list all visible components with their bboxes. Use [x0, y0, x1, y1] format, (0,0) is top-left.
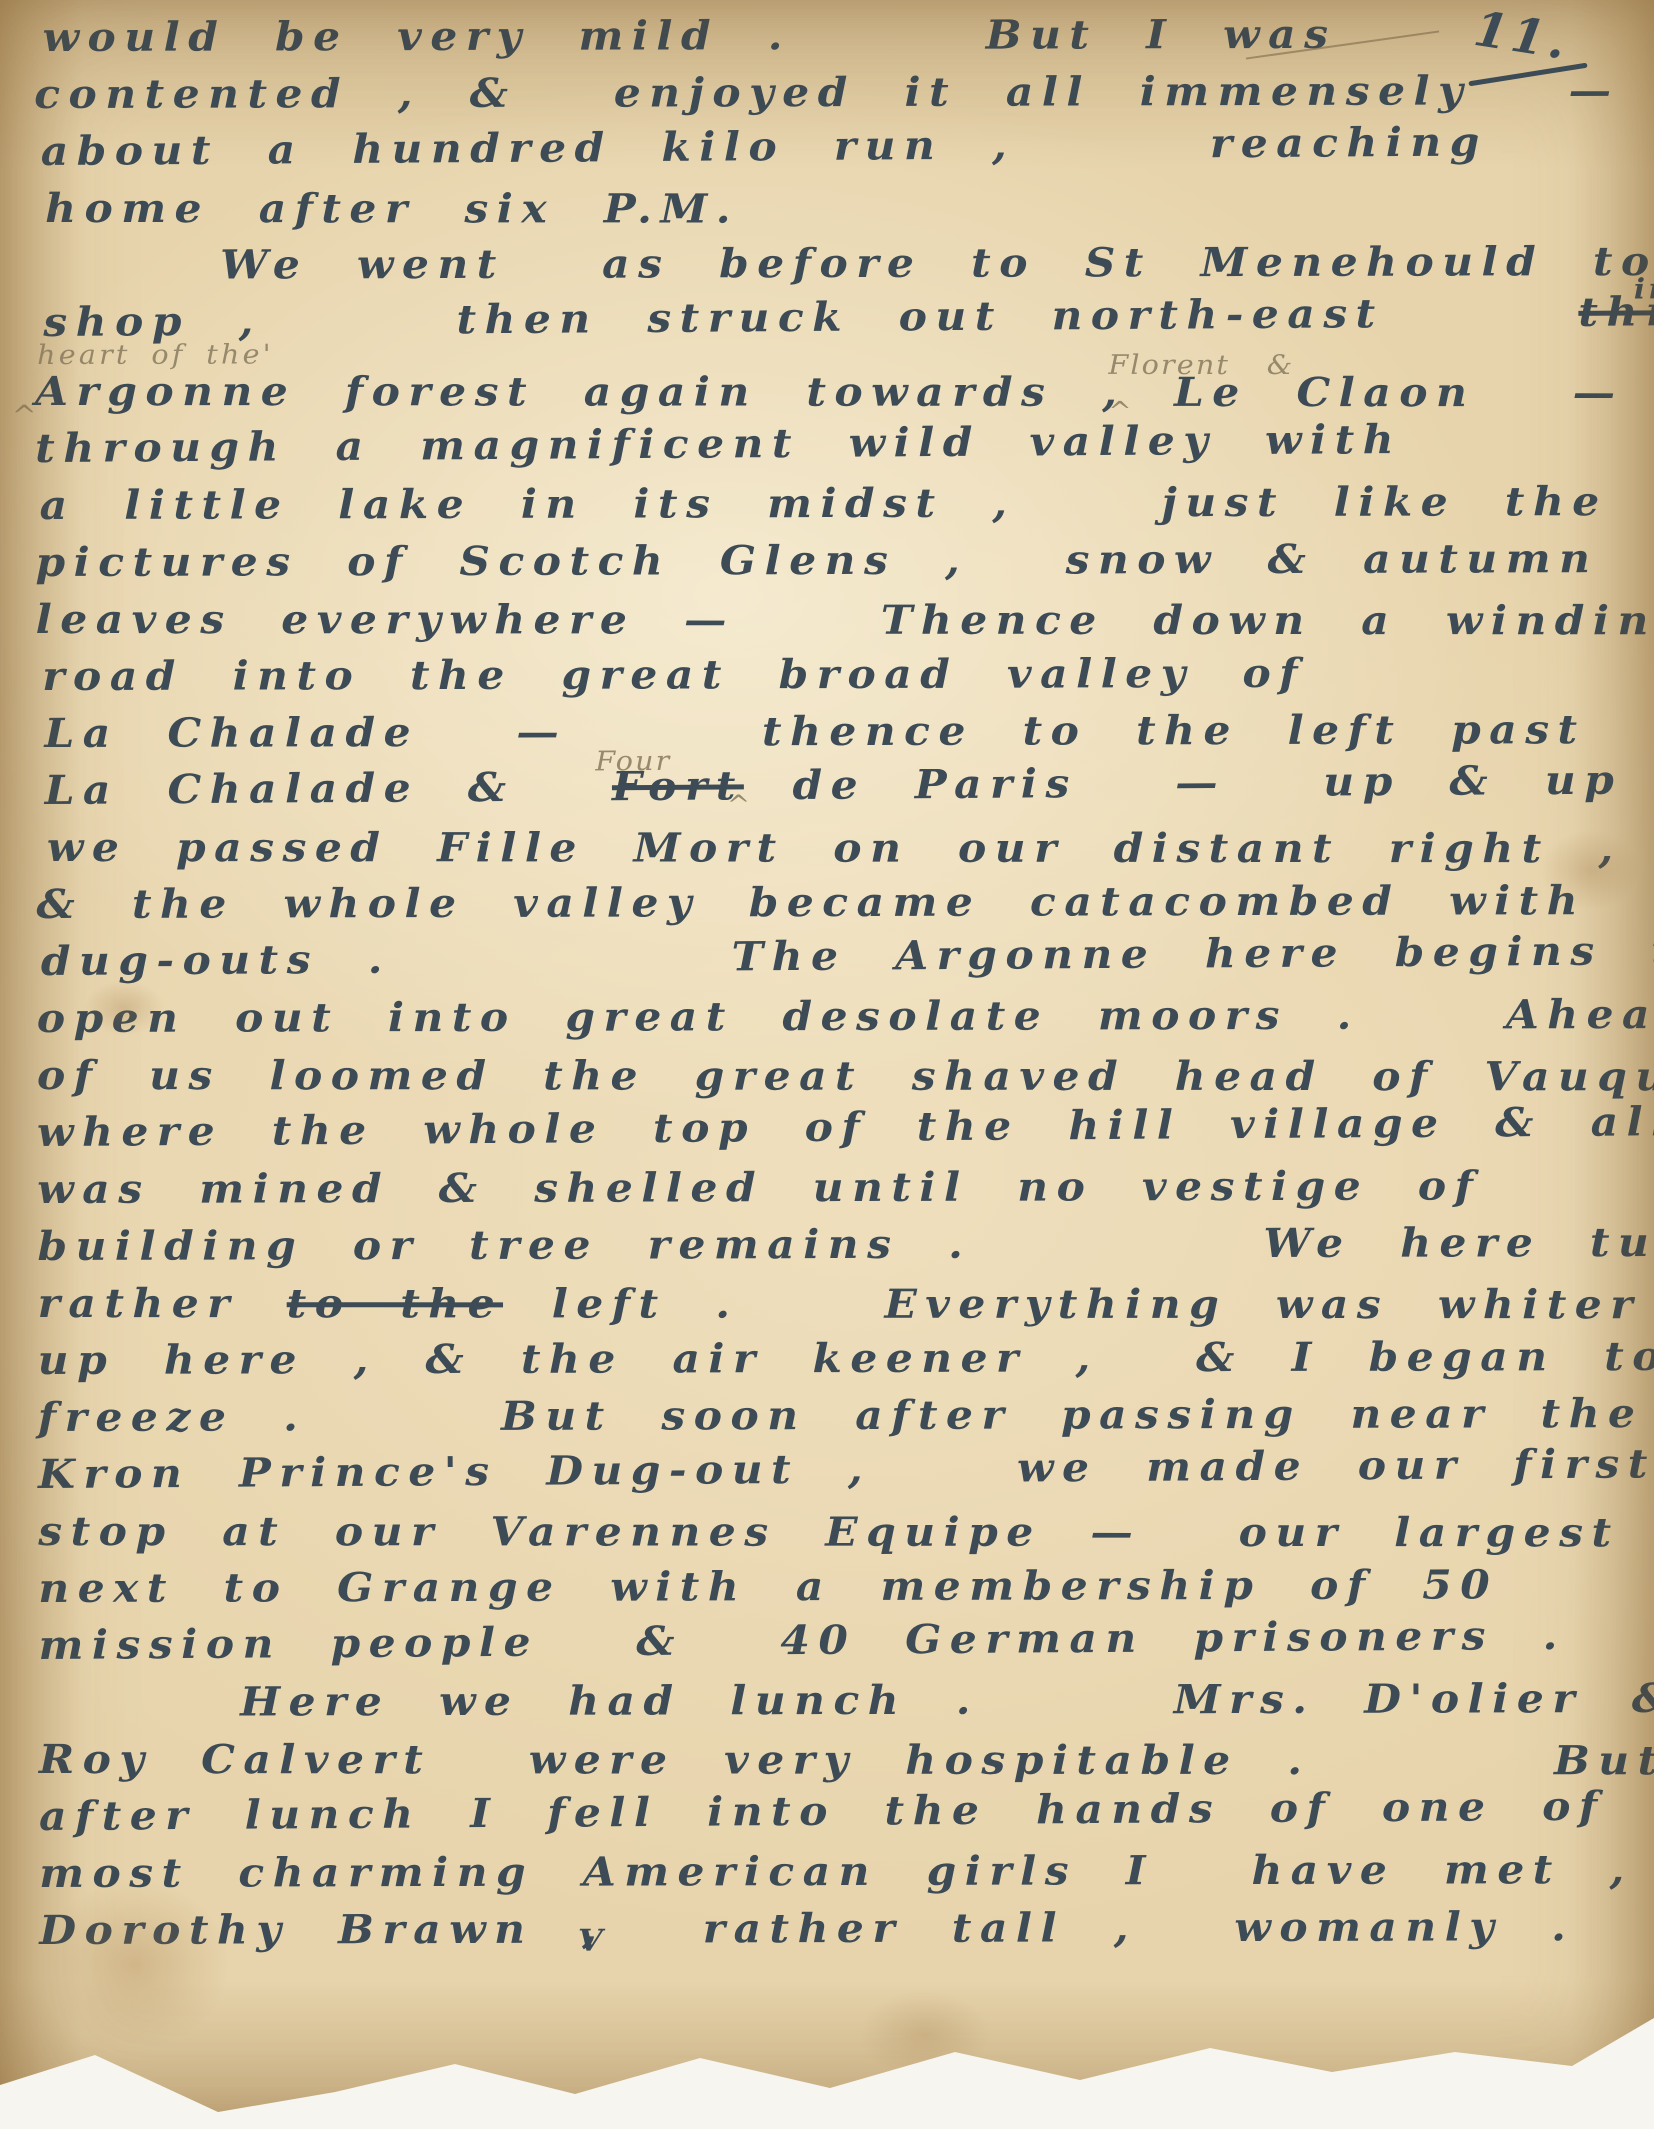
- handwriting-line: road into the great broad valley of: [42, 649, 1654, 710]
- handwriting-text: Argonne forest again towards ,: [35, 368, 1125, 416]
- handwriting-line: Dorothy Brawn V, rather tall , womanly .…: [39, 1903, 1654, 1964]
- handwriting-line: open out into great desolate moors . Ahe…: [37, 991, 1654, 1052]
- handwriting-line: home after six P.M.: [45, 185, 1654, 243]
- handwriting-text: mission people & 40 German prisoners .: [38, 1612, 1566, 1669]
- struck-through-text: to the: [287, 1280, 503, 1327]
- handwriting-text: open out into great desolate moors . Ahe…: [37, 991, 1654, 1042]
- handwriting-line: La Chalade & FortFour^ de Paris — up & u…: [44, 756, 1654, 824]
- handwriting-text: of us loomed the great shaved head of Va…: [37, 1052, 1654, 1100]
- paper-stain: [860, 1990, 990, 2080]
- handwriting-text: next to Grange with a membership of 50: [38, 1561, 1498, 1612]
- handwriting-text: home after six P.M.: [45, 185, 739, 233]
- handwriting-text: we passed Fille Mort on our distant righ…: [47, 824, 1622, 872]
- handwriting-line: stop at our Varennes Equipe — our larges…: [38, 1508, 1654, 1566]
- handwriting-text: , rather tall , womanly . with: [582, 1903, 1654, 1953]
- handwriting-text: through a magnificent wild valley with: [35, 416, 1402, 472]
- handwriting-text: La Chalade &: [44, 763, 612, 814]
- handwriting-line: up here , & the air keener , & I began t…: [38, 1333, 1654, 1394]
- handwriting-line: was mined & shelled until no vestige of: [37, 1162, 1654, 1223]
- handwriting-line: Here we had lunch . Mrs. D'olier &: [240, 1675, 1654, 1736]
- handwriting-text: building or tree remains . We here turne…: [37, 1219, 1654, 1270]
- handwriting-line: where the whole top of the hill village …: [37, 1098, 1654, 1166]
- handwriting-text: road into the great broad valley of: [42, 650, 1306, 700]
- handwriting-line: would be very mild . But I was: [42, 10, 1654, 71]
- handwriting-text: Kron Prince's Dug-out , we made our firs…: [38, 1440, 1654, 1498]
- handwriting-text: & the whole valley became catacombed wit…: [36, 877, 1586, 928]
- handwriting-text: would be very mild . But I was: [42, 11, 1336, 61]
- handwriting-line: pictures of Scotch Glens , snow & autumn: [35, 535, 1654, 596]
- handwriting-text: rather: [38, 1280, 287, 1327]
- handwriting-text: where the whole top of the hill village …: [37, 1098, 1654, 1156]
- letter-page: would be very mild . But I wascontented …: [0, 0, 1654, 2129]
- handwriting-line: leaves everywhere — Thence down a windin…: [36, 596, 1654, 654]
- handwriting-line: after lunch I fell into the hands of one…: [39, 1782, 1654, 1850]
- handwriting-text: La Chalade — thence to the left past: [44, 706, 1585, 757]
- handwriting-text: Here we had lunch . Mrs. D'olier &: [240, 1675, 1654, 1726]
- handwriting-text: shop , then struck out north-east: [43, 289, 1578, 346]
- handwriting-line: through a magnificent wild valley with: [35, 414, 1654, 482]
- handwriting-text: most charming American girls I have met …: [39, 1846, 1633, 1897]
- handwriting-text: de Paris — up & up till: [744, 756, 1654, 810]
- handwriting-line: shop , then struck out north-east throug…: [43, 288, 1654, 356]
- handwriting-text: up here , & the air keener , & I began t…: [38, 1333, 1654, 1384]
- handwriting-text: left . Everything was whiter: [503, 1280, 1641, 1328]
- handwriting-line: about a hundred kilo run , reaching: [41, 117, 1654, 185]
- handwriting-line: rather to the left . Everything was whit…: [38, 1280, 1654, 1338]
- scan-background: would be very mild . But I wascontented …: [0, 0, 1654, 2129]
- handwriting-text: Roy Calvert were very hospitable . But: [39, 1736, 1654, 1784]
- handwriting-line: building or tree remains . We here turne…: [37, 1219, 1654, 1280]
- handwriting-text: We went as before to St Menehould to: [220, 238, 1654, 289]
- handwriting-text: was mined & shelled until no vestige of: [37, 1162, 1481, 1213]
- handwriting-text: contented , & enjoyed it all immensely —: [34, 67, 1619, 118]
- letter-body: would be very mild . But I wascontented …: [34, 10, 1654, 1964]
- handwriting-text: stop at our Varennes Equipe — our larges…: [38, 1508, 1619, 1556]
- handwriting-text: pictures of Scotch Glens , snow & autumn: [35, 535, 1598, 586]
- handwriting-text: about a hundred kilo run , reaching: [41, 118, 1488, 175]
- handwriting-line: we passed Fille Mort on our distant righ…: [47, 824, 1654, 882]
- handwriting-text: dug-outs . The Argonne here begins to: [41, 927, 1654, 985]
- handwriting-text: Dorothy Brawn: [39, 1906, 582, 1954]
- handwriting-text: leaves everywhere — Thence down a windin…: [36, 596, 1654, 644]
- handwriting-text: a little lake in its midst , just like t…: [40, 478, 1608, 529]
- handwriting-line: mission people & 40 German prisoners .: [38, 1611, 1654, 1679]
- handwriting-line: a little lake in its midst , just like t…: [40, 478, 1654, 539]
- handwriting-text: after lunch I fell into the hands of one…: [39, 1782, 1654, 1840]
- handwriting-line: Kron Prince's Dug-out , we made our firs…: [38, 1440, 1654, 1508]
- ink-fleck-mark: ,: [29, 2044, 65, 2092]
- handwriting-line: dug-outs . The Argonne here begins to: [41, 927, 1654, 995]
- handwriting-text: freeze . But soon after passing near the: [38, 1390, 1644, 1441]
- handwriting-line: most charming American girls I have met …: [39, 1846, 1654, 1907]
